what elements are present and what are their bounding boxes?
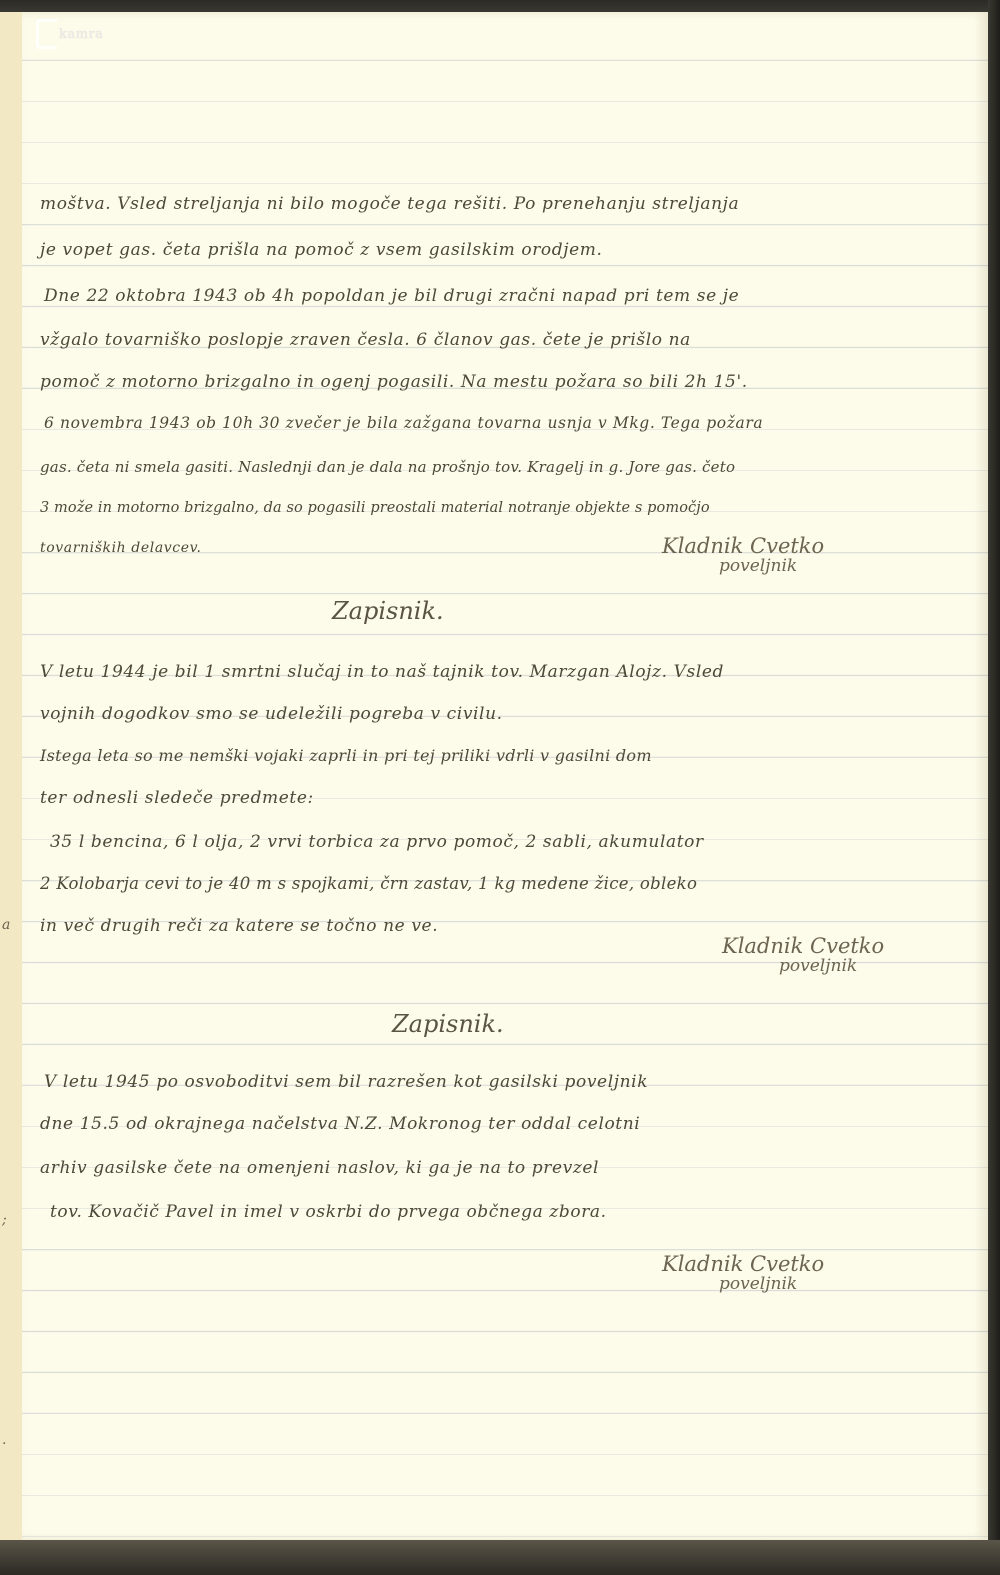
signature-block: Kladnik Cvetko poveljnik bbox=[722, 934, 884, 976]
entry-1-line: je vopet gas. četa prišla na pomoč z vse… bbox=[40, 240, 603, 260]
entry-2-line: in več drugih reči za katere se točno ne… bbox=[40, 916, 438, 936]
entry-2-line: 35 l bencina, 6 l olja, 2 vrvi torbica z… bbox=[50, 832, 704, 852]
signature-block: Kladnik Cvetko poveljnik bbox=[662, 534, 824, 576]
entry-1-line: tovarniških delavcev. bbox=[40, 540, 202, 556]
entry-3-line: dne 15.5 od okrajnega načelstva N.Z. Mok… bbox=[40, 1114, 640, 1134]
margin-fragment: . bbox=[2, 1432, 6, 1448]
signature-title: poveljnik bbox=[662, 556, 824, 576]
kamra-logo-icon bbox=[36, 19, 57, 49]
signature-name: Kladnik Cvetko bbox=[722, 934, 884, 958]
previous-page-edge: a ; . bbox=[0, 12, 23, 1542]
entry-3-line: V letu 1945 po osvoboditvi sem bil razre… bbox=[44, 1072, 648, 1092]
entry-2-line: ter odnesli sledeče predmete: bbox=[40, 788, 314, 808]
signature-name: Kladnik Cvetko bbox=[662, 1252, 824, 1276]
signature-title: poveljnik bbox=[722, 956, 884, 976]
entry-2-line: vojnih dogodkov smo se udeležili pogreba… bbox=[40, 704, 503, 724]
entry-1-line: 3 može in motorno brizgalno, da so pogas… bbox=[40, 500, 710, 516]
entry-1-line: pomoč z motorno brizgalno in ogenj pogas… bbox=[40, 372, 748, 392]
signature-block: Kladnik Cvetko poveljnik bbox=[662, 1252, 824, 1294]
signature-name: Kladnik Cvetko bbox=[662, 534, 824, 558]
entry-2-line: Istega leta so me nemški vojaki zaprli i… bbox=[40, 746, 652, 765]
entry-3-line: tov. Kovačič Pavel in imel v oskrbi do p… bbox=[50, 1202, 607, 1222]
entry-3-line: arhiv gasilske čete na omenjeni naslov, … bbox=[40, 1158, 599, 1178]
book-bottom-edge bbox=[0, 1540, 1000, 1575]
entry-2-line: V letu 1944 je bil 1 smrtni slučaj in to… bbox=[40, 662, 724, 682]
watermark-text: kamra bbox=[59, 27, 103, 42]
signature-title: poveljnik bbox=[662, 1274, 824, 1294]
entry-1-line: 6 novembra 1943 ob 10h 30 zvečer je bila… bbox=[44, 414, 763, 432]
margin-fragment: ; bbox=[2, 1212, 7, 1228]
entry-1-line: gas. četa ni smela gasiti. Naslednji dan… bbox=[40, 458, 735, 476]
kamra-watermark: kamra bbox=[36, 20, 103, 48]
entry-1-line: Dne 22 oktobra 1943 ob 4h popoldan je bi… bbox=[44, 286, 739, 306]
entry-2-line: 2 Kolobarja cevi to je 40 m s spojkami, … bbox=[40, 874, 697, 893]
entry-1-line: vžgalo tovarniško poslopje zraven česla.… bbox=[40, 330, 691, 350]
margin-fragment: a bbox=[2, 917, 10, 933]
notebook-page: kamra moštva. Vsled streljanja ni bilo m… bbox=[22, 12, 988, 1540]
book-right-edge bbox=[988, 0, 1000, 1575]
entry-1-line: moštva. Vsled streljanja ni bilo mogoče … bbox=[40, 194, 739, 214]
entry-heading: Zapisnik. bbox=[332, 597, 444, 625]
entry-heading: Zapisnik. bbox=[392, 1010, 504, 1038]
